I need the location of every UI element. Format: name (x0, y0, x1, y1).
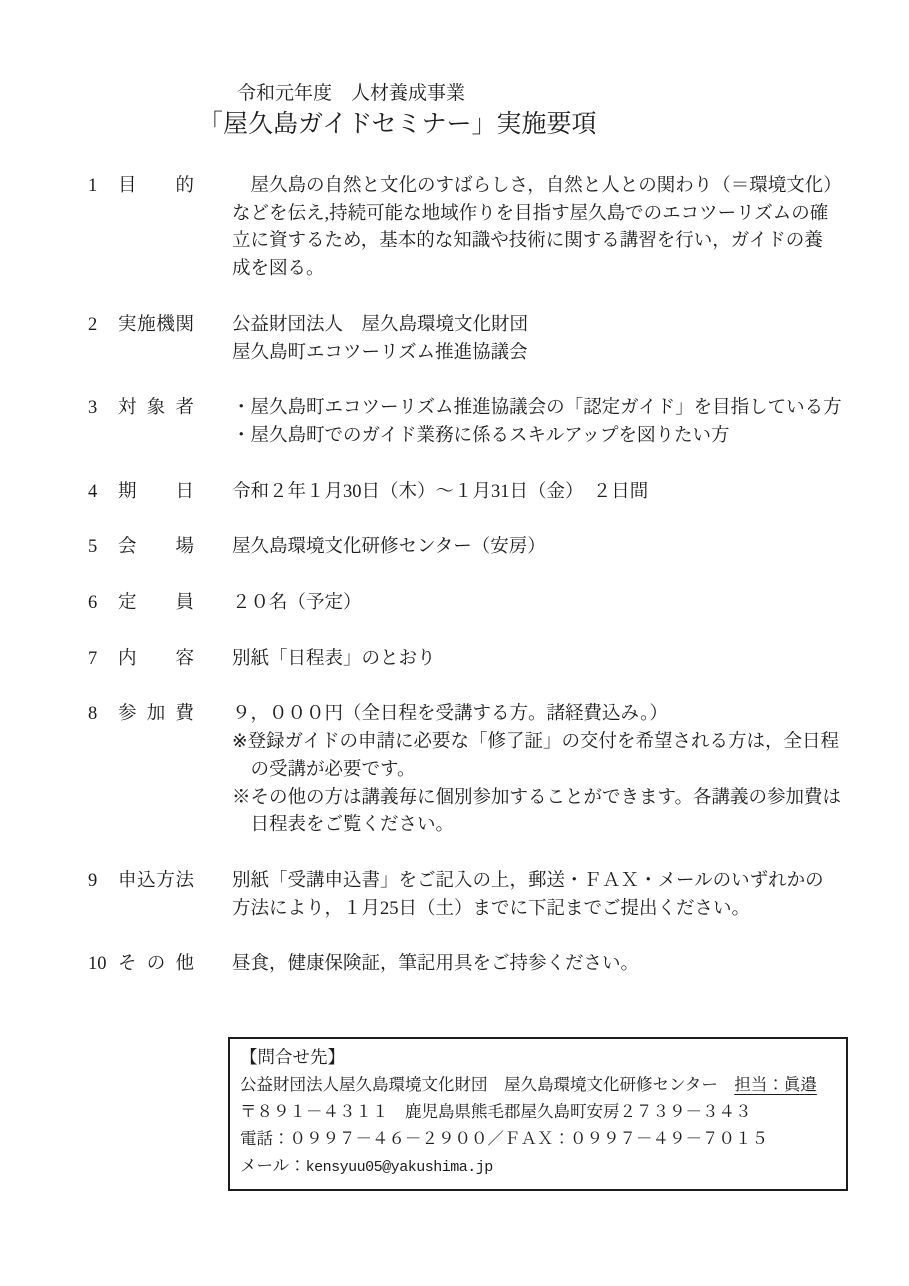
item-label: 申込方法 (118, 868, 194, 896)
item-content: ２０名（予定） (232, 590, 857, 618)
item-purpose: 1 目的 屋久島の自然と文化のすばらしさ，自然と人との関わり（＝環境文化） など… (88, 173, 857, 284)
item-capacity: 6 定員 ２０名（予定） (88, 590, 857, 618)
item-label: 参加費 (118, 701, 194, 729)
item-label: 目的 (118, 173, 194, 201)
item-content: 屋久島の自然と文化のすばらしさ，自然と人との関わり（＝環境文化） などを伝え,持… (232, 173, 857, 284)
item-content: 昼食，健康保険証，筆記用具をご持参ください。 (232, 951, 857, 979)
item-organizer: 2 実施機関 公益財団法人 屋久島環境文化財団 屋久島町エコツーリズム推進協議会 (88, 312, 857, 367)
item-label: その他 (118, 951, 194, 979)
item-program: 7 内容 別紙「日程表」のとおり (88, 646, 857, 674)
contact-email-label: メール： (240, 1156, 306, 1175)
contact-phone-fax: 電話：０９９７－４６－２９００／ＦＡＸ：０９９７－４９－７０１５ (240, 1125, 836, 1152)
item-label: 会場 (118, 534, 194, 562)
item-label: 内容 (118, 646, 194, 674)
item-number: 9 (88, 868, 118, 896)
document-title: 「屋久島ガイドセミナー」実施要項 (198, 107, 857, 143)
item-content: 別紙「日程表」のとおり (232, 646, 857, 674)
document-body: 令和元年度 人材養成事業 「屋久島ガイドセミナー」実施要項 1 目的 屋久島の自… (0, 0, 909, 1191)
item-number: 2 (88, 312, 118, 340)
item-target: 3 対象者 ・屋久島町エコツーリズム推進協議会の「認定ガイド」を目指している方 … (88, 395, 857, 450)
document-subtitle: 令和元年度 人材養成事業 (237, 80, 857, 107)
contact-org-line: 公益財団法人屋久島環境文化財団 屋久島環境文化研修センター 担当：眞邉 (240, 1071, 836, 1098)
item-number: 8 (88, 701, 118, 729)
contact-heading: 【問合せ先】 (240, 1044, 836, 1071)
contact-person: 担当：眞邉 (734, 1075, 817, 1094)
item-venue: 5 会場 屋久島環境文化研修センター（安房） (88, 534, 857, 562)
item-content: 別紙「受講申込書」をご記入の上，郵送・ＦＡＸ・メールのいずれかの 方法により，１… (232, 868, 857, 923)
item-label: 期日 (118, 479, 194, 507)
item-label: 定員 (118, 590, 194, 618)
item-other: 10 その他 昼食，健康保険証，筆記用具をご持参ください。 (88, 951, 857, 979)
item-fee: 8 参加費 ９，０００円（全日程を受講する方。諸経費込み。） ※登録ガイドの申請… (88, 701, 857, 840)
item-content: ９，０００円（全日程を受講する方。諸経費込み。） ※登録ガイドの申請に必要な「修… (232, 701, 857, 840)
contact-org: 公益財団法人屋久島環境文化財団 屋久島環境文化研修センター (240, 1075, 734, 1094)
document-page: 令和元年度 人材養成事業 「屋久島ガイドセミナー」実施要項 1 目的 屋久島の自… (0, 0, 909, 1286)
item-number: 1 (88, 173, 118, 201)
item-number: 10 (88, 951, 118, 979)
item-number: 7 (88, 646, 118, 674)
item-number: 3 (88, 395, 118, 423)
contact-address: 〒８９１－４３１１ 鹿児島県熊毛郡屋久島町安房２７３９－３４３ (240, 1098, 836, 1125)
item-label: 実施機関 (118, 312, 194, 340)
item-number: 6 (88, 590, 118, 618)
item-content: 屋久島環境文化研修センター（安房） (232, 534, 857, 562)
contact-box: 【問合せ先】 公益財団法人屋久島環境文化財団 屋久島環境文化研修センター 担当：… (228, 1037, 848, 1191)
contact-email-value: kensyuu05@yakushima.jp (306, 1159, 493, 1176)
item-date: 4 期日 令和２年１月30日（木）～１月31日（金） ２日間 (88, 479, 857, 507)
item-label: 対象者 (118, 395, 194, 423)
item-content: 令和２年１月30日（木）～１月31日（金） ２日間 (232, 479, 857, 507)
item-application: 9 申込方法 別紙「受講申込書」をご記入の上，郵送・ＦＡＸ・メールのいずれかの … (88, 868, 857, 923)
title-block: 令和元年度 人材養成事業 「屋久島ガイドセミナー」実施要項 (88, 80, 857, 143)
contact-email: メール：kensyuu05@yakushima.jp (240, 1152, 836, 1181)
item-number: 5 (88, 534, 118, 562)
item-content: 公益財団法人 屋久島環境文化財団 屋久島町エコツーリズム推進協議会 (232, 312, 857, 367)
item-number: 4 (88, 479, 118, 507)
item-content: ・屋久島町エコツーリズム推進協議会の「認定ガイド」を目指している方 ・屋久島町で… (232, 395, 857, 450)
item-list: 1 目的 屋久島の自然と文化のすばらしさ，自然と人との関わり（＝環境文化） など… (88, 173, 857, 979)
